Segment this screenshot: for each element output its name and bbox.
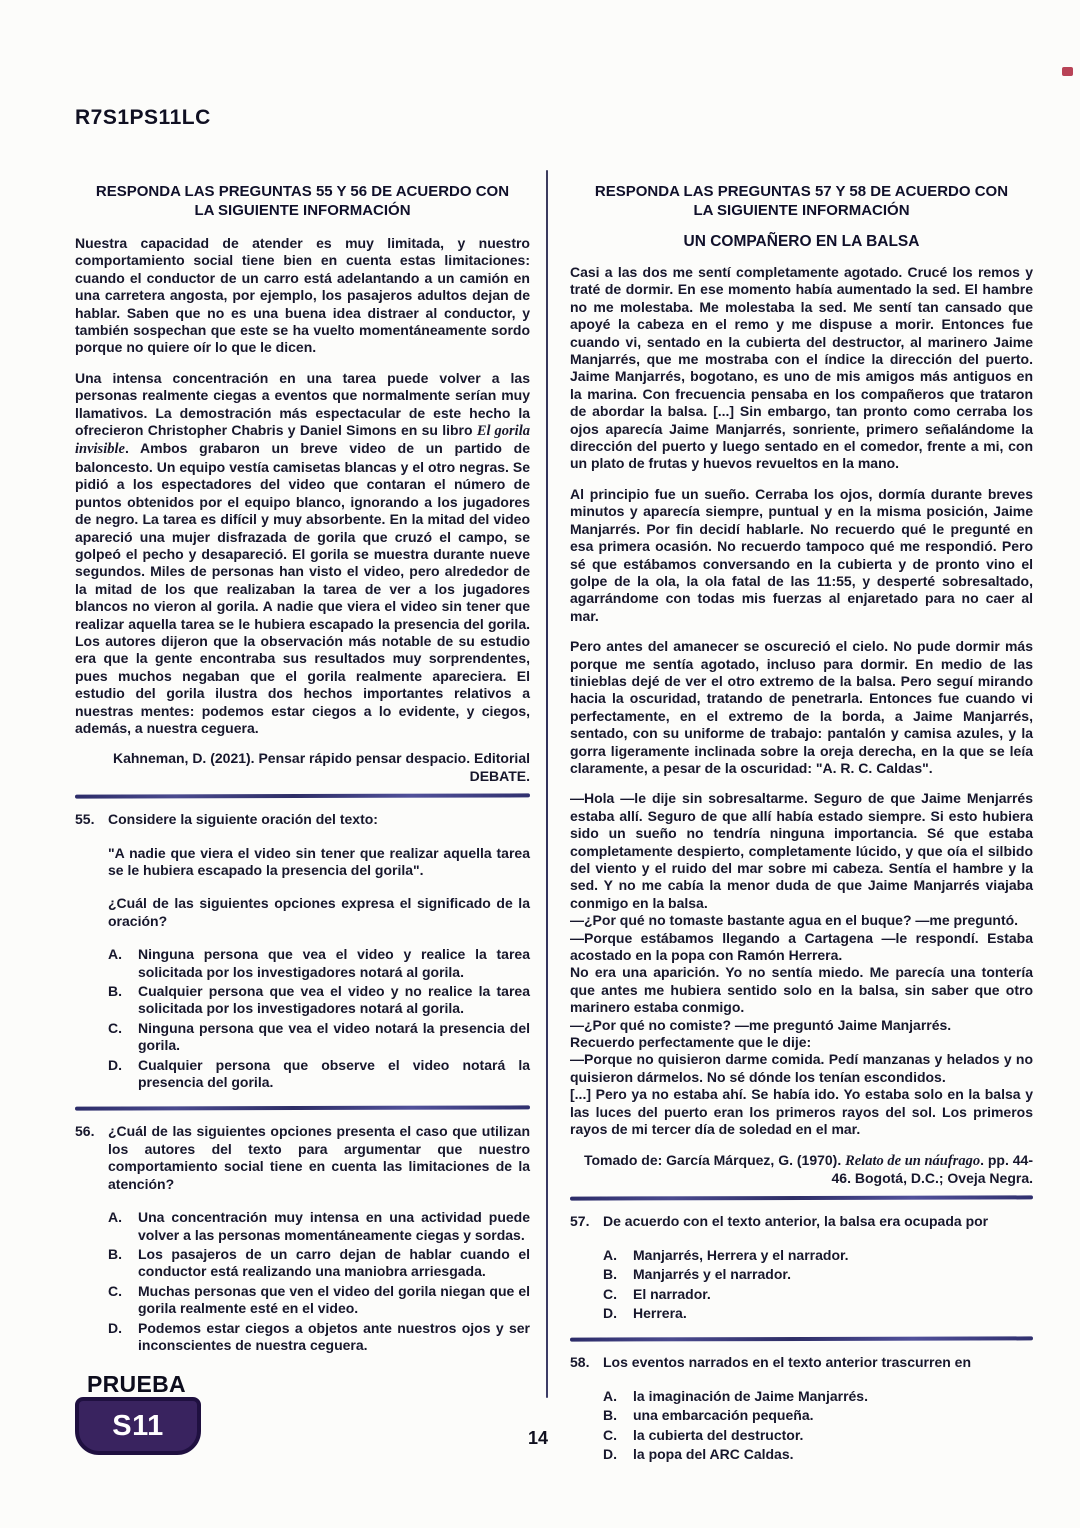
left-column: RESPONDA LAS PREGUNTAS 55 Y 56 DE ACUERD… bbox=[75, 182, 530, 1478]
option-text: la cubierta del destructor. bbox=[633, 1427, 1033, 1444]
option-letter: C. bbox=[108, 1283, 138, 1318]
answer-option-c: C. El narrador. bbox=[603, 1286, 1033, 1303]
question-number: 57. bbox=[570, 1213, 589, 1229]
option-letter: B. bbox=[603, 1266, 633, 1283]
question-intro: Considere la siguiente oración del texto… bbox=[108, 811, 530, 828]
option-text: la popa del ARC Caldas. bbox=[633, 1446, 1033, 1463]
book-title-italic: Relato de un náufrago bbox=[845, 1153, 980, 1169]
option-text: Una concentración muy intensa en una act… bbox=[138, 1209, 530, 1244]
option-letter: B. bbox=[108, 1246, 138, 1281]
answer-option-d: D. la popa del ARC Caldas. bbox=[603, 1446, 1033, 1463]
question-56: 56. ¿Cuál de las siguientes opciones pre… bbox=[75, 1123, 530, 1354]
dialogue-line: [...] Pero ya no estaba ahí. Se había id… bbox=[570, 1086, 1033, 1138]
option-text: Manjarrés y el narrador. bbox=[633, 1266, 1033, 1283]
answer-options: A. la imaginación de Jaime Manjarrés. B.… bbox=[603, 1388, 1033, 1464]
divider-line bbox=[570, 1196, 1033, 1201]
answer-option-b: B. una embarcación pequeña. bbox=[603, 1407, 1033, 1424]
passage-paragraph-3: Pero antes del amanecer se oscureció el … bbox=[570, 638, 1033, 777]
right-column: RESPONDA LAS PREGUNTAS 57 Y 58 DE ACUERD… bbox=[570, 182, 1033, 1478]
answer-option-a: A. la imaginación de Jaime Manjarrés. bbox=[603, 1388, 1033, 1405]
page-code: R7S1PS11LC bbox=[75, 106, 211, 130]
answer-option-a: A. Ninguna persona que vea el video y re… bbox=[108, 946, 530, 981]
passage-paragraph-1: Casi a las dos me sentí completamente ag… bbox=[570, 264, 1033, 473]
option-letter: B. bbox=[603, 1407, 633, 1424]
option-letter: D. bbox=[603, 1446, 633, 1463]
badge-code: S11 bbox=[112, 1410, 164, 1443]
option-letter: A. bbox=[108, 1209, 138, 1244]
right-instructions-header: RESPONDA LAS PREGUNTAS 57 Y 58 DE ACUERD… bbox=[570, 182, 1033, 220]
question-prompt: ¿Cuál de las siguientes opciones present… bbox=[108, 1123, 530, 1193]
column-gap bbox=[530, 182, 570, 1478]
instructions-line-2: LA SIGUIENTE INFORMACIÓN bbox=[570, 201, 1033, 220]
test-badge: PRUEBA S11 bbox=[75, 1372, 215, 1455]
question-number: 55. bbox=[75, 811, 94, 827]
option-letter: D. bbox=[108, 1057, 138, 1092]
option-text: Cualquier persona que observe el video n… bbox=[138, 1057, 530, 1092]
exam-page: R7S1PS11LC RESPONDA LAS PREGUNTAS 55 Y 5… bbox=[0, 0, 1080, 1528]
question-prompt: Los eventos narrados en el texto anterio… bbox=[603, 1354, 1033, 1371]
question-57: 57. De acuerdo con el texto anterior, la… bbox=[570, 1213, 1033, 1322]
answer-options: A. Manjarrés, Herrera y el narrador. B. … bbox=[603, 1247, 1033, 1323]
answer-option-c: C. Ninguna persona que vea el video nota… bbox=[108, 1020, 530, 1055]
badge-label: PRUEBA bbox=[87, 1372, 215, 1396]
option-text: Ninguna persona que vea el video y reali… bbox=[138, 946, 530, 981]
passage-paragraph-2: Una intensa concentración en una tarea p… bbox=[75, 370, 530, 738]
question-number: 58. bbox=[570, 1354, 589, 1370]
question-quote: "A nadie que viera el video sin tener qu… bbox=[108, 845, 530, 880]
option-text: El narrador. bbox=[633, 1286, 1033, 1303]
answer-option-d: D. Cualquier persona que observe el vide… bbox=[108, 1057, 530, 1092]
option-letter: A. bbox=[108, 946, 138, 981]
scan-ink-mark bbox=[1062, 67, 1073, 76]
dialogue-line: —¿Por qué no tomaste bastante agua en el… bbox=[570, 912, 1033, 929]
option-text: Los pasajeros de un carro dejan de habla… bbox=[138, 1246, 530, 1281]
option-text: Cualquier persona que vea el video y no … bbox=[138, 983, 530, 1018]
paragraph-text: Una intensa concentración en una tarea p… bbox=[75, 370, 530, 438]
two-column-layout: RESPONDA LAS PREGUNTAS 55 Y 56 DE ACUERD… bbox=[75, 182, 1033, 1478]
instructions-line-1: RESPONDA LAS PREGUNTAS 55 Y 56 DE ACUERD… bbox=[75, 182, 530, 201]
answer-option-d: D. Podemos estar ciegos a objetos ante n… bbox=[108, 1320, 530, 1355]
option-text: Podemos estar ciegos a objetos ante nues… bbox=[138, 1320, 530, 1355]
left-instructions-header: RESPONDA LAS PREGUNTAS 55 Y 56 DE ACUERD… bbox=[75, 182, 530, 220]
option-letter: A. bbox=[603, 1247, 633, 1264]
option-letter: D. bbox=[108, 1320, 138, 1355]
paragraph-text: . Ambos grabaron un breve video de un pa… bbox=[75, 440, 530, 736]
passage-title: UN COMPAÑERO EN LA BALSA bbox=[570, 233, 1033, 251]
answer-option-d: D. Herrera. bbox=[603, 1305, 1033, 1322]
dialogue-line: —Porque no quisieron darme comida. Pedí … bbox=[570, 1051, 1033, 1086]
question-prompt: De acuerdo con el texto anterior, la bal… bbox=[603, 1213, 1033, 1230]
answer-option-c: C. la cubierta del destructor. bbox=[603, 1427, 1033, 1444]
dialogue-line: —¿Por qué no comiste? —me preguntó Jaime… bbox=[570, 1017, 1033, 1034]
dialogue-line: No era una aparición. Yo no sentía miedo… bbox=[570, 964, 1033, 1016]
option-letter: C. bbox=[603, 1286, 633, 1303]
option-letter: B. bbox=[108, 983, 138, 1018]
option-text: una embarcación pequeña. bbox=[633, 1407, 1033, 1424]
question-58: 58. Los eventos narrados en el texto ant… bbox=[570, 1354, 1033, 1463]
dialogue-line: Recuerdo perfectamente que le dije: bbox=[570, 1034, 1033, 1051]
option-letter: A. bbox=[603, 1388, 633, 1405]
dialogue-line: —Porque estábamos llegando a Cartagena —… bbox=[570, 930, 1033, 965]
divider-line bbox=[75, 794, 530, 799]
passage-paragraph-1: Nuestra capacidad de atender es muy limi… bbox=[75, 235, 530, 357]
instructions-line-1: RESPONDA LAS PREGUNTAS 57 Y 58 DE ACUERD… bbox=[570, 182, 1033, 201]
citation-kahneman: Kahneman, D. (2021). Pensar rápido pensa… bbox=[75, 750, 530, 785]
question-55: 55. Considere la siguiente oración del t… bbox=[75, 811, 530, 1091]
option-text: Manjarrés, Herrera y el narrador. bbox=[633, 1247, 1033, 1264]
question-prompt: ¿Cuál de las siguientes opciones expresa… bbox=[108, 895, 530, 930]
answer-option-a: A. Manjarrés, Herrera y el narrador. bbox=[603, 1247, 1033, 1264]
question-number: 56. bbox=[75, 1123, 94, 1139]
option-letter: C. bbox=[603, 1427, 633, 1444]
option-letter: C. bbox=[108, 1020, 138, 1055]
answer-option-b: B. Los pasajeros de un carro dejan de ha… bbox=[108, 1246, 530, 1281]
answer-options: A. Una concentración muy intensa en una … bbox=[108, 1209, 530, 1354]
instructions-line-2: LA SIGUIENTE INFORMACIÓN bbox=[75, 201, 530, 220]
option-letter: D. bbox=[603, 1305, 633, 1322]
page-number: 14 bbox=[528, 1428, 548, 1449]
option-text: Ninguna persona que vea el video notará … bbox=[138, 1020, 530, 1055]
divider-line bbox=[75, 1106, 530, 1111]
divider-line bbox=[570, 1337, 1033, 1342]
option-text: Muchas personas que ven el video del gor… bbox=[138, 1283, 530, 1318]
badge-box: S11 bbox=[75, 1397, 201, 1455]
citation-text: Tomado de: García Márquez, G. (1970). bbox=[584, 1152, 845, 1168]
answer-option-a: A. Una concentración muy intensa en una … bbox=[108, 1209, 530, 1244]
answer-option-c: C. Muchas personas que ven el video del … bbox=[108, 1283, 530, 1318]
passage-paragraph-2: Al principio fue un sueño. Cerraba los o… bbox=[570, 486, 1033, 625]
citation-garcia-marquez: Tomado de: García Márquez, G. (1970). Re… bbox=[570, 1152, 1033, 1188]
answer-options: A. Ninguna persona que vea el video y re… bbox=[108, 946, 530, 1091]
answer-option-b: B. Cualquier persona que vea el video y … bbox=[108, 983, 530, 1018]
answer-option-b: B. Manjarrés y el narrador. bbox=[603, 1266, 1033, 1283]
dialogue-line: —Hola —le dije sin sobresaltarme. Seguro… bbox=[570, 790, 1033, 912]
dialogue-block: —Hola —le dije sin sobresaltarme. Seguro… bbox=[570, 790, 1033, 1138]
option-text: Herrera. bbox=[633, 1305, 1033, 1322]
option-text: la imaginación de Jaime Manjarrés. bbox=[633, 1388, 1033, 1405]
